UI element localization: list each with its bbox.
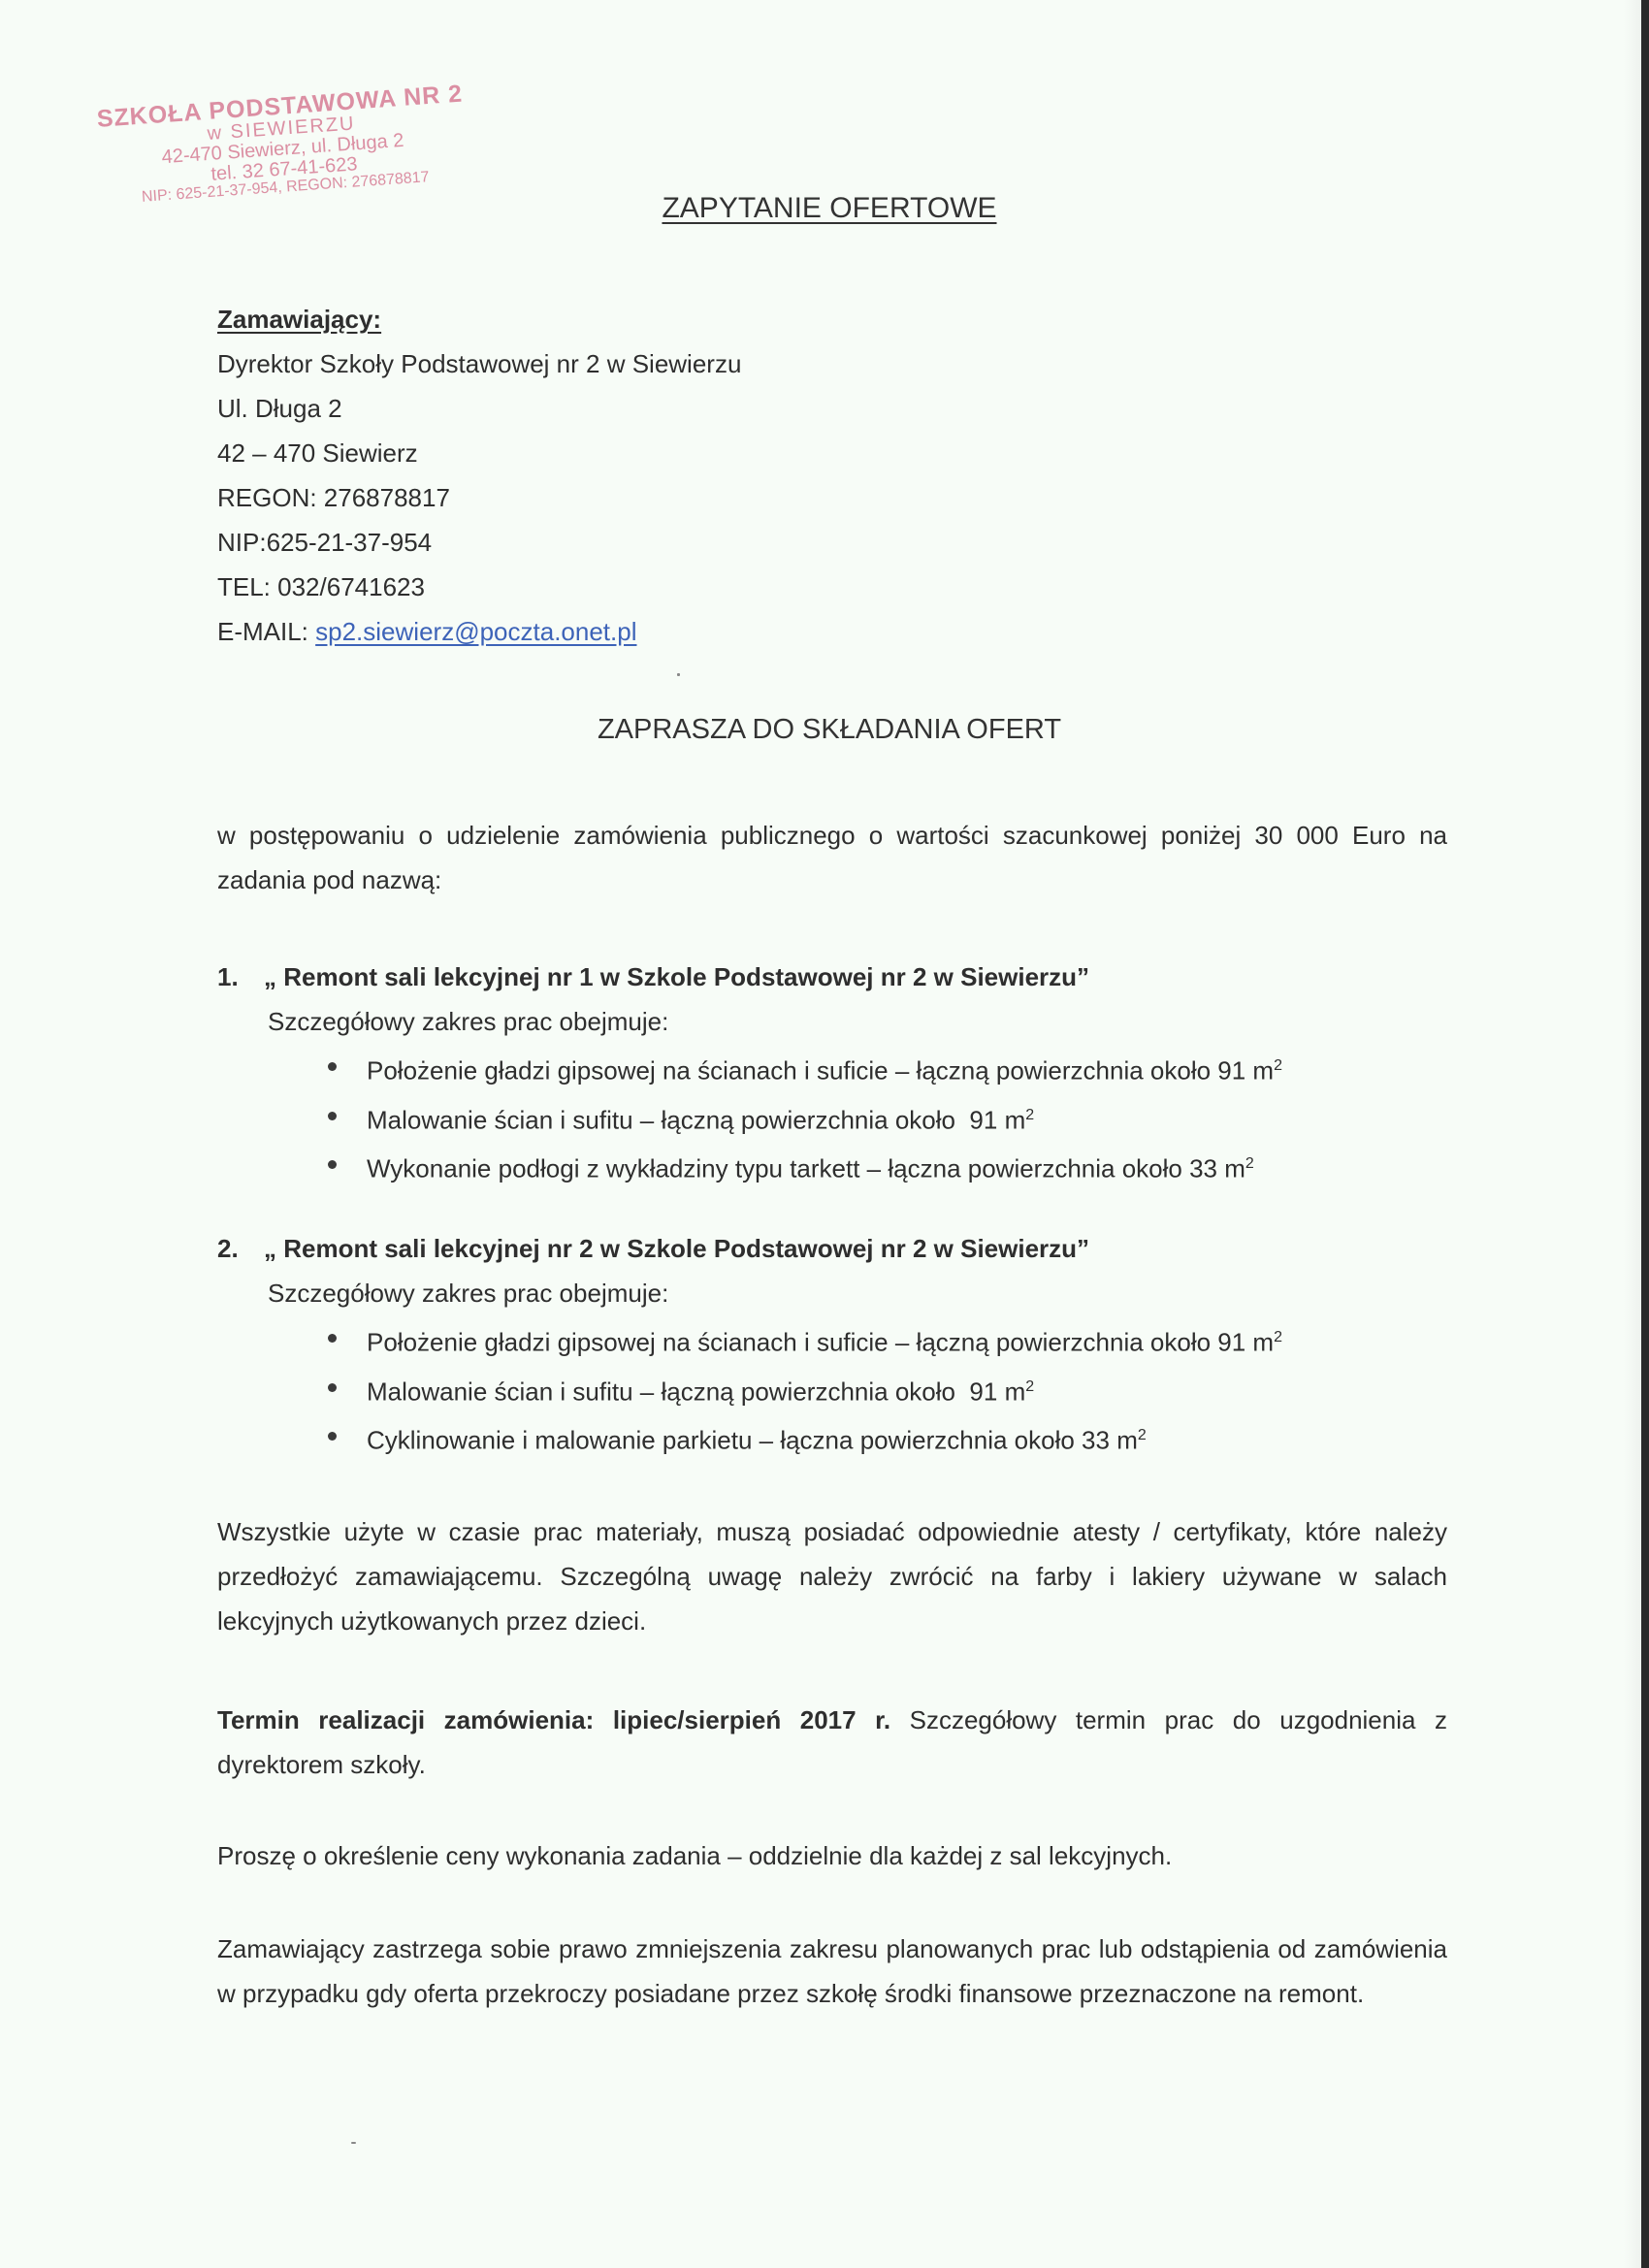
orderer-street: Ul. Długa 2 — [217, 386, 741, 431]
list-item: Malowanie ścian i sufitu – łączną powier… — [320, 1093, 1478, 1143]
bullet-icon — [328, 1160, 337, 1169]
list-item: Cyklinowanie i malowanie parkietu – łącz… — [320, 1413, 1478, 1463]
task-2-title: „ Remont sali lekcyjnej nr 2 w Szkole Po… — [264, 1234, 1089, 1263]
task-2-number: 2. — [217, 1226, 264, 1271]
reservation-paragraph: Zamawiający zastrzega sobie prawo zmniej… — [217, 1927, 1447, 2016]
intro-paragraph: w postępowaniu o udzielenie zamówienia p… — [217, 813, 1447, 902]
list-item: Wykonanie podłogi z wykładziny typu tark… — [320, 1142, 1478, 1191]
task-2-items: Położenie gładzi gipsowej na ścianach i … — [217, 1315, 1478, 1463]
bullet-icon — [328, 1112, 337, 1120]
bullet-icon — [328, 1383, 337, 1392]
task-1-number: 1. — [217, 955, 264, 999]
bullet-icon — [328, 1334, 337, 1343]
pricing-paragraph: Proszę o określenie ceny wykonania zadan… — [217, 1833, 1447, 1878]
email-label: E-MAIL: — [217, 617, 315, 646]
bullet-icon — [328, 1432, 337, 1441]
scan-edge-border — [1641, 0, 1649, 2268]
orderer-nip: NIP:625-21-37-954 — [217, 520, 741, 565]
task-2: 2.„ Remont sali lekcyjnej nr 2 w Szkole … — [217, 1226, 1478, 1463]
scan-speck — [677, 673, 680, 676]
orderer-name: Dyrektor Szkoły Podstawowej nr 2 w Siewi… — [217, 341, 741, 386]
orderer-regon: REGON: 276878817 — [217, 475, 741, 520]
orderer-label: Zamawiający: — [217, 297, 741, 341]
orderer-email-row: E-MAIL: sp2.siewierz@poczta.onet.pl — [217, 609, 741, 654]
deadline-paragraph: Termin realizacji zamówienia: lipiec/sie… — [217, 1698, 1447, 1787]
task-1-heading: 1.„ Remont sali lekcyjnej nr 1 w Szkole … — [217, 955, 1478, 999]
orderer-block: Zamawiający: Dyrektor Szkoły Podstawowej… — [217, 297, 741, 654]
scan-edge-shadow — [1624, 0, 1641, 2268]
list-item: Położenie gładzi gipsowej na ścianach i … — [320, 1315, 1478, 1365]
document-title: ZAPYTANIE OFERTOWE — [0, 192, 1649, 225]
email-link[interactable]: sp2.siewierz@poczta.onet.pl — [315, 617, 636, 646]
list-item: Położenie gładzi gipsowej na ścianach i … — [320, 1044, 1478, 1093]
invitation-heading: ZAPRASZA DO SKŁADANIA OFERT — [0, 714, 1649, 746]
task-1: 1.„ Remont sali lekcyjnej nr 1 w Szkole … — [217, 955, 1478, 1191]
task-2-scope-label: Szczegółowy zakres prac obejmuje: — [217, 1271, 1478, 1315]
task-1-title: „ Remont sali lekcyjnej nr 1 w Szkole Po… — [264, 962, 1089, 991]
task-2-heading: 2.„ Remont sali lekcyjnej nr 2 w Szkole … — [217, 1226, 1478, 1271]
scan-speck — [351, 2142, 356, 2144]
orderer-tel: TEL: 032/6741623 — [217, 565, 741, 609]
deadline-label: Termin realizacji zamówienia: lipiec/sie… — [217, 1705, 890, 1734]
bullet-icon — [328, 1062, 337, 1071]
task-1-scope-label: Szczegółowy zakres prac obejmuje: — [217, 999, 1478, 1044]
orderer-city: 42 – 470 Siewierz — [217, 431, 741, 475]
task-1-items: Położenie gładzi gipsowej na ścianach i … — [217, 1044, 1478, 1191]
list-item: Malowanie ścian i sufitu – łączną powier… — [320, 1365, 1478, 1414]
materials-paragraph: Wszystkie użyte w czasie prac materiały,… — [217, 1509, 1447, 1643]
